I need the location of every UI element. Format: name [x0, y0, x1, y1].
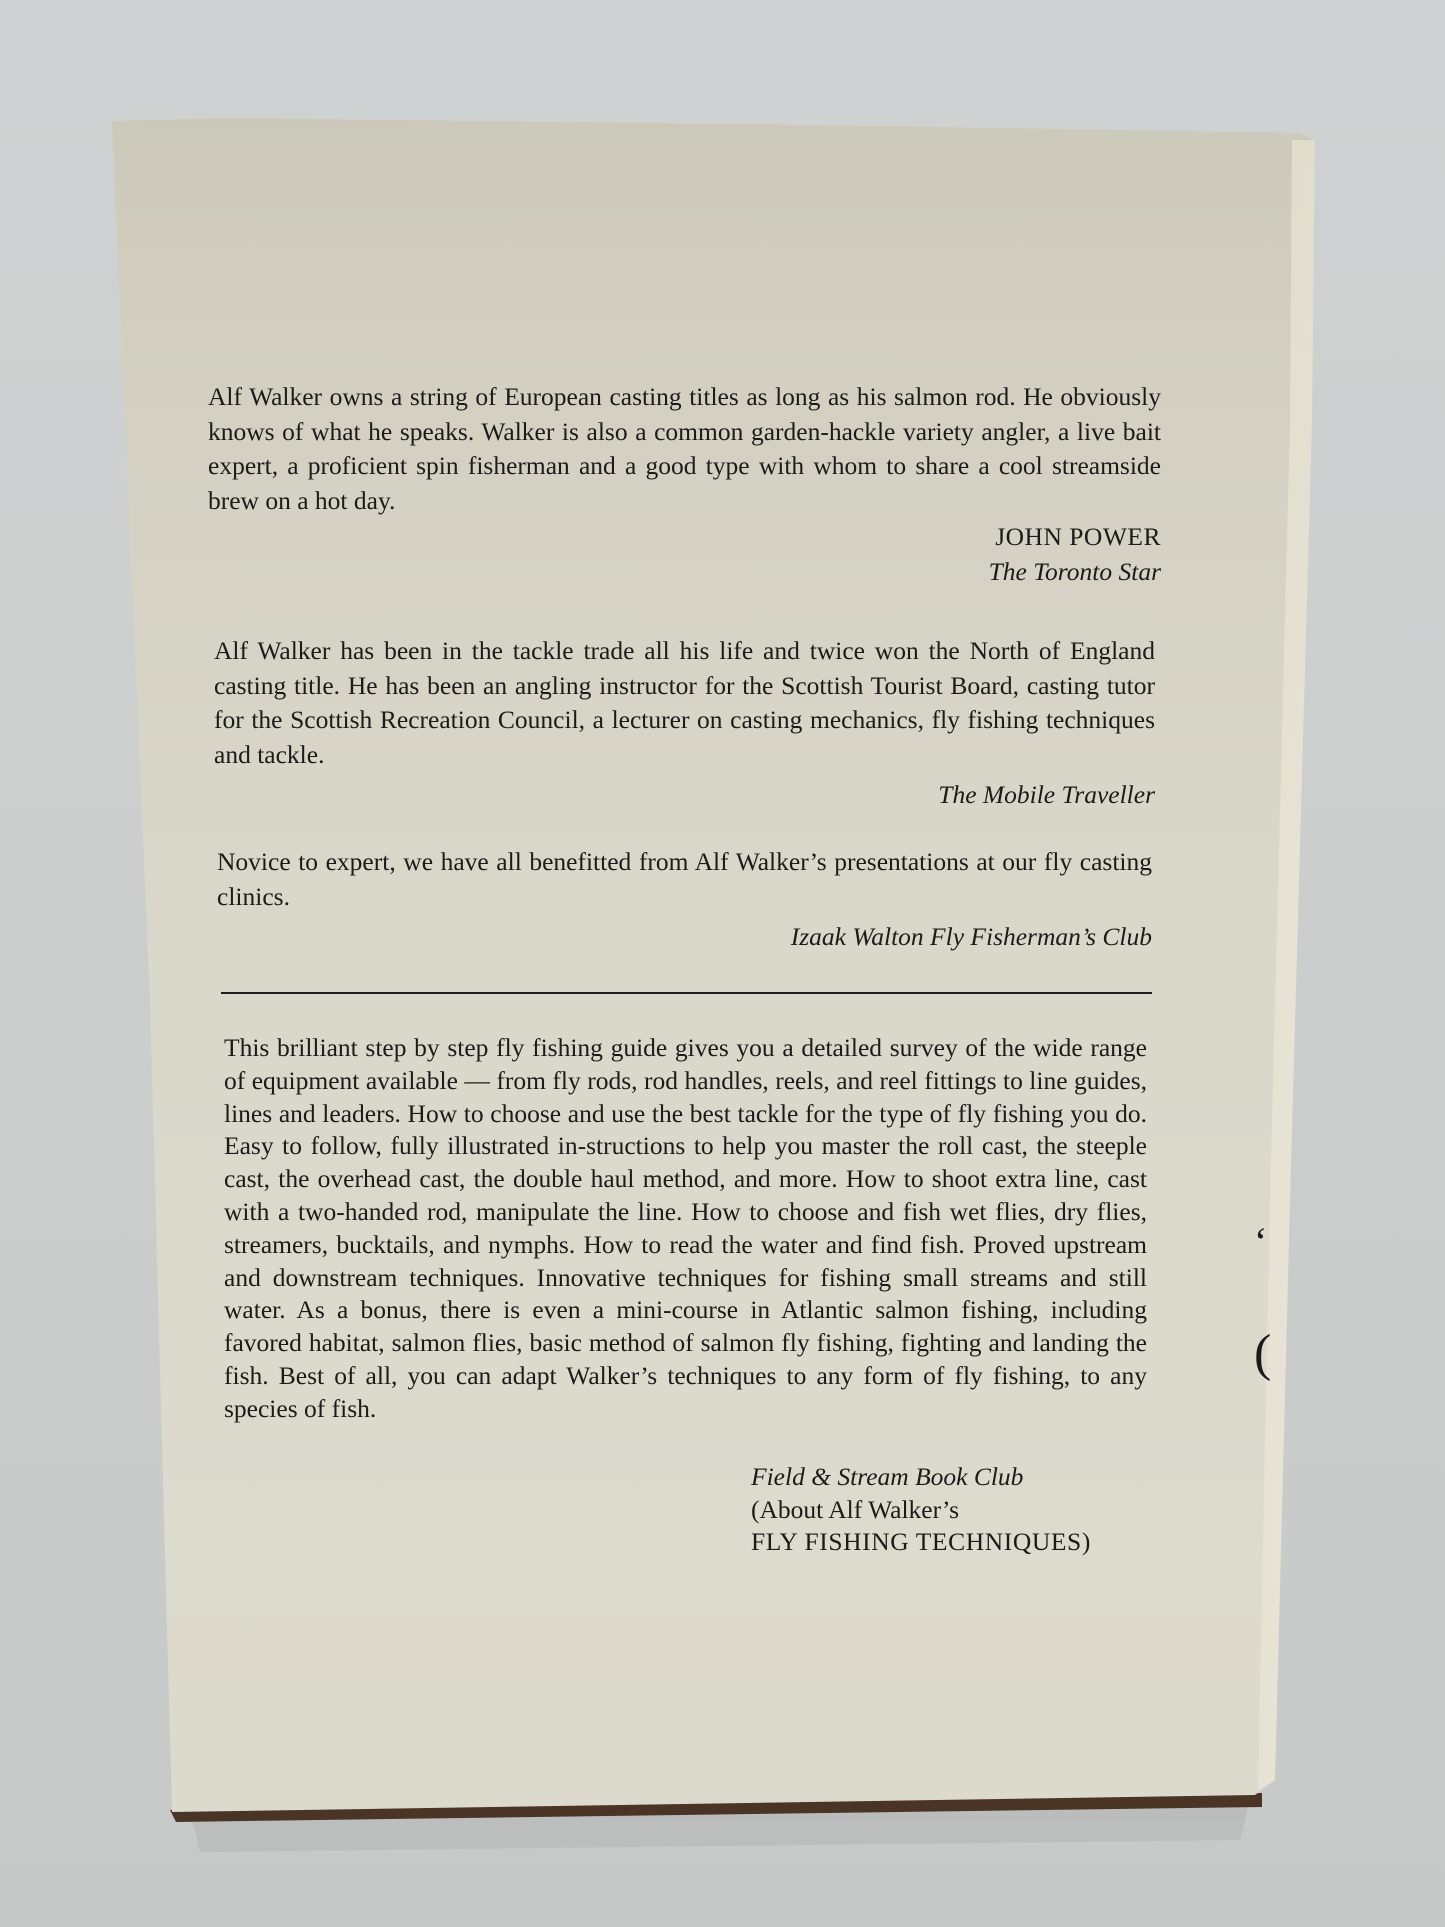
- dust-jacket-back-cover: [0, 0, 1445, 1927]
- blurb-text: Alf Walker owns a string of European cas…: [208, 380, 1161, 518]
- blurb-izaak-walton: Novice to expert, we have all benefitted…: [217, 845, 1152, 955]
- attribution-line-2: (About Alf Walker’s: [751, 1494, 1171, 1527]
- divider-rule: [221, 992, 1152, 994]
- blurb-source: The Toronto Star: [208, 555, 1161, 590]
- blurb-text: Alf Walker has been in the tackle trade …: [214, 634, 1155, 772]
- spine-lettering-fragment: (: [1254, 1328, 1271, 1380]
- attribution-line-3: FLY FISHING TECHNIQUES): [751, 1526, 1171, 1559]
- spine-lettering-fragment: ʻ: [1254, 1222, 1267, 1262]
- attribution-source: Field & Stream Book Club: [751, 1461, 1171, 1494]
- blurb-source: The Mobile Traveller: [214, 778, 1155, 813]
- description-text: This brilliant step by step fly fishing …: [224, 1032, 1147, 1426]
- blurb-author: JOHN POWER: [208, 520, 1161, 555]
- blurb-mobile-traveller: Alf Walker has been in the tackle trade …: [214, 634, 1155, 813]
- blurb-text: Novice to expert, we have all benefitted…: [217, 845, 1152, 914]
- blurb-source: Izaak Walton Fly Fisherman’s Club: [217, 920, 1152, 955]
- book-description: This brilliant step by step fly fishing …: [224, 1032, 1147, 1426]
- blurb-john-power: Alf Walker owns a string of European cas…: [208, 380, 1161, 589]
- description-attribution: Field & Stream Book Club (About Alf Walk…: [751, 1461, 1171, 1559]
